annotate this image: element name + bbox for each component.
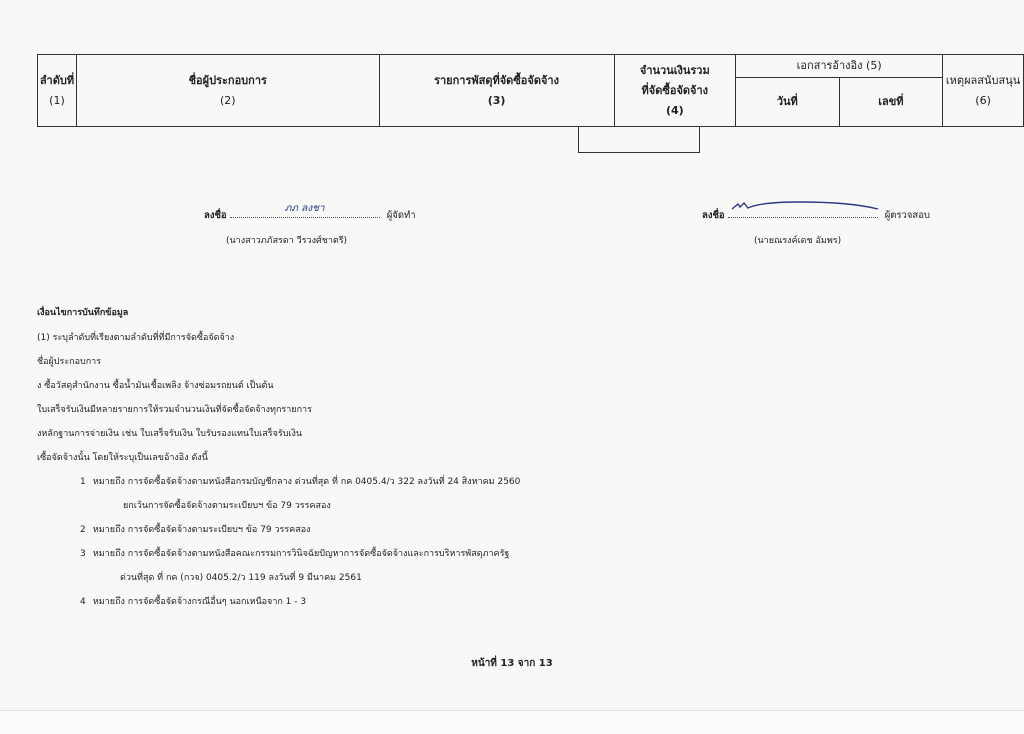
note-line: ง ซื้อวัสดุสำนักงาน ซื้อน้ำมันเชื้อเพลิง… xyxy=(37,378,312,402)
reference-item: 3 หมายถึง การจัดซื้อจัดจ้างตามหนังสือคณะ… xyxy=(80,546,520,570)
header-order-num: (1) xyxy=(38,91,76,111)
signature-label: ลงชื่อ xyxy=(204,210,227,221)
header-cell-items: รายการพัสดุที่จัดซื้อจัดจ้าง (3) xyxy=(379,55,614,127)
header-reason-title: เหตุผลสนับสนุน xyxy=(943,71,1023,91)
header-cell-date: วันที่ xyxy=(736,78,840,127)
header-reason-num: (6) xyxy=(943,91,1023,111)
signature-name: (นางสาวภภัสรดา วีรวงศ์ชาตรี) xyxy=(226,233,347,247)
header-amount-title-2: ที่จัดซื้อจัดจ้าง xyxy=(615,81,736,101)
signature-preparer: ลงชื่อ ภภ ลงชา ผู้จัดทำ (นางสาวภภัสรดา ว… xyxy=(204,207,416,223)
reference-codes: 1 หมายถึง การจัดซื้อจัดจ้างตามหนังสือกรม… xyxy=(80,474,520,618)
signature-role: ผู้จัดทำ xyxy=(387,210,416,221)
handwritten-signature: ภภ ลงชา xyxy=(230,201,380,216)
reference-item: 1 หมายถึง การจัดซื้อจัดจ้างตามหนังสือกรม… xyxy=(80,474,520,498)
document-page: ลำดับที่ (1) ชื่อผู้ประกอบการ (2) รายการ… xyxy=(0,0,1024,710)
reference-item: 4 หมายถึง การจัดซื้อจัดจ้างกรณีอื่นๆ นอก… xyxy=(80,594,520,618)
procurement-table-header: ลำดับที่ (1) ชื่อผู้ประกอบการ (2) รายการ… xyxy=(37,54,1024,127)
header-cell-vendor: ชื่อผู้ประกอบการ (2) xyxy=(76,55,379,127)
header-order-title: ลำดับที่ xyxy=(38,71,76,91)
header-cell-reason: เหตุผลสนับสนุน (6) xyxy=(943,55,1024,127)
header-items-title: รายการพัสดุที่จัดซื้อจัดจ้าง xyxy=(380,71,614,91)
header-doc-number-title: เลขที่ xyxy=(840,92,943,112)
reference-continuation: ยกเว้นการจัดซื้อจัดจ้างตามระเบียบฯ ข้อ 7… xyxy=(80,498,520,522)
header-cell-doc-number: เลขที่ xyxy=(839,78,943,127)
signature-line: ภภ ลงชา xyxy=(230,207,380,218)
header-amount-num: (4) xyxy=(615,101,736,121)
recording-conditions: เงื่อนไขการบันทึกข้อมูล (1) ระบุลำดับที่… xyxy=(37,305,312,474)
note-line: งหลักฐานการจ่ายเงิน เช่น ใบเสร็จรับเงิน … xyxy=(37,426,312,450)
note-line: (1) ระบุลำดับที่เรียงตามลำดับที่ที่มีการ… xyxy=(37,330,312,354)
reference-item: 2 หมายถึง การจัดซื้อจัดจ้างตามระเบียบฯ ข… xyxy=(80,522,520,546)
signature-role: ผู้ตรวจสอบ xyxy=(885,210,930,221)
signature-name: (นายณรงค์เดช อัมพร) xyxy=(754,233,841,247)
scan-bottom-edge xyxy=(0,710,1024,734)
note-line: ใบเสร็จรับเงินมีหลายรายการให้รวมจำนวนเงิ… xyxy=(37,402,312,426)
header-items-num: (3) xyxy=(380,91,614,111)
header-amount-title-1: จำนวนเงินรวม xyxy=(615,61,736,81)
notes-title: เงื่อนไขการบันทึกข้อมูล xyxy=(37,305,312,319)
header-cell-amount: จำนวนเงินรวม ที่จัดซื้อจัดจ้าง (4) xyxy=(614,55,736,127)
header-vendor-num: (2) xyxy=(77,91,379,111)
header-cell-reference-docs: เอกสารอ้างอิง (5) xyxy=(736,55,943,78)
handwritten-signature-stroke xyxy=(730,199,880,215)
signature-label: ลงชื่อ xyxy=(702,210,725,221)
header-reference-title: เอกสารอ้างอิง (5) xyxy=(736,56,942,76)
note-line: ชื่อผู้ประกอบการ xyxy=(37,354,312,378)
page-number: หน้าที่ 13 จาก 13 xyxy=(0,656,1024,671)
note-line: เซื้อจัดจ้างนั้น โดยให้ระบุเป็นเลขอ้างอิ… xyxy=(37,450,312,474)
amount-total-box xyxy=(578,126,700,153)
header-cell-order: ลำดับที่ (1) xyxy=(38,55,77,127)
reference-continuation: ด่วนที่สุด ที่ กค (กวจ) 0405.2/ว 119 ลงว… xyxy=(80,570,520,594)
header-vendor-title: ชื่อผู้ประกอบการ xyxy=(77,71,379,91)
header-date-title: วันที่ xyxy=(736,92,839,112)
signature-checker: ลงชื่อ ผู้ตรวจสอบ (นายณรงค์เดช อัมพร) xyxy=(702,207,930,223)
